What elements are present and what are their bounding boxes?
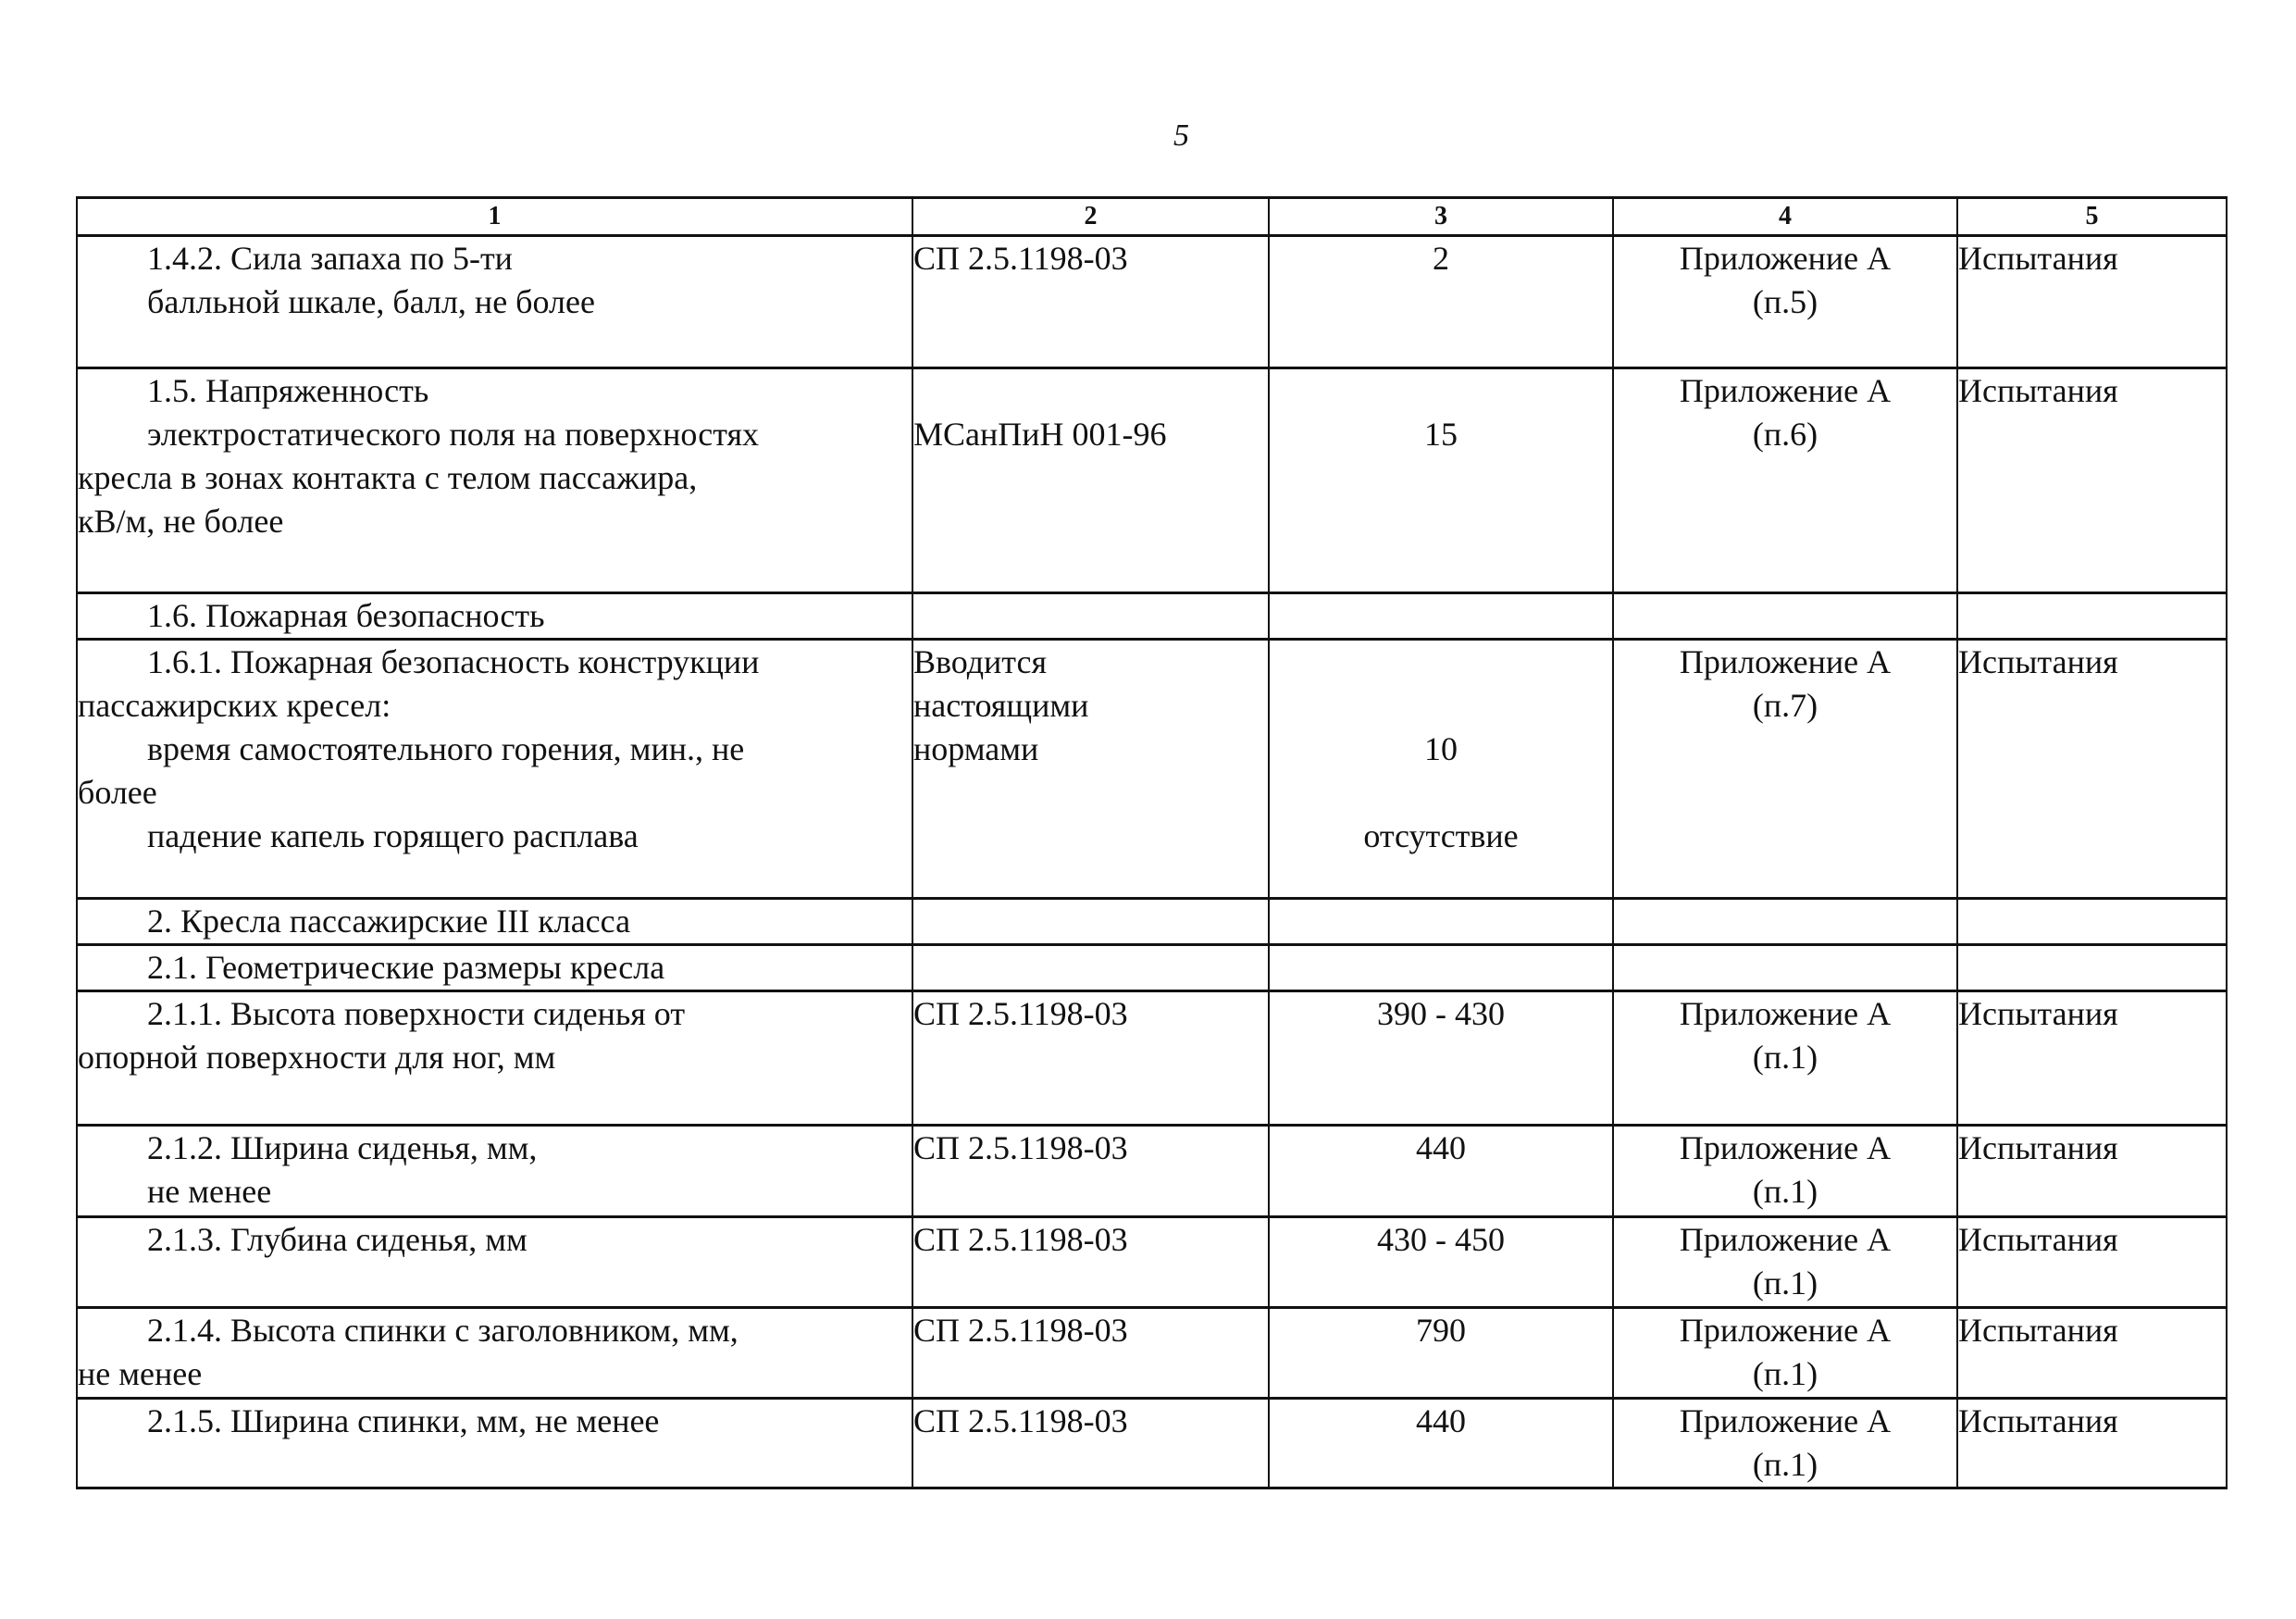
column-header: 4 [1613,198,1957,236]
column-header: 1 [77,198,912,236]
norm-document-cell-line: МСанПиН 001-96 [913,413,1268,456]
test-method-cell-line: (п.1) [1614,1170,1956,1214]
control-type-cell: Испытания [1957,1308,2227,1399]
requirement-name-line: не менее [78,1352,912,1396]
requirement-name-line: 1.6.1. Пожарная безопасность конструкции [78,641,912,684]
control-type-cell: Испытания [1957,236,2227,368]
norm-document-cell [912,899,1269,945]
requirement-name-line: 2.1.2. Ширина сиденья, мм, [78,1127,912,1170]
norm-document-cell: СП 2.5.1198-03 [912,1308,1269,1399]
norm-document-cell: Вводитсянастоящиминормами [912,640,1269,899]
norm-document-cell-line: СП 2.5.1198-03 [913,237,1268,280]
test-method-cell-line: Приложение А [1614,1309,1956,1352]
norm-value-cell-line: 440 [1270,1127,1612,1170]
test-method-cell-line: Приложение А [1614,1218,1956,1262]
test-method-cell-line: (п.1) [1614,1352,1956,1396]
requirement-name-line: 2.1.5. Ширина спинки, мм, не менее [78,1400,912,1443]
norm-document-cell: СП 2.5.1198-03 [912,1126,1269,1217]
norm-document-cell-line: Вводится [913,641,1268,684]
requirements-table: 1 2 3 4 5 1.4.2. Сила запаха по 5-тибалл… [76,196,2228,1489]
control-type-cell [1957,945,2227,991]
norm-value-cell: 2 [1269,236,1613,368]
norm-document-cell-line: СП 2.5.1198-03 [913,1400,1268,1443]
norm-value-cell [1269,945,1613,991]
test-method-cell: Приложение А(п.7) [1613,640,1957,899]
control-type-cell: Испытания [1957,1217,2227,1308]
requirement-name-line: 2.1.4. Высота спинки с заголовником, мм, [78,1309,912,1352]
requirement-name-line: время самостоятельного горения, мин., не [78,728,912,771]
page-number: 5 [1173,118,1189,154]
norm-value-cell: 430 - 450 [1269,1217,1613,1308]
test-method-cell: Приложение А(п.1) [1613,1217,1957,1308]
table-row: 1.6. Пожарная безопасность [77,593,2227,640]
requirement-name-line: 1.5. Напряженность [78,369,912,413]
test-method-cell [1613,945,1957,991]
test-method-cell: Приложение А(п.1) [1613,1126,1957,1217]
requirement-name-cell: 2.1.2. Ширина сиденья, мм,не менее [77,1126,912,1217]
requirement-name-cell: 2. Кресла пассажирские III класса [77,899,912,945]
norm-document-cell-line: СП 2.5.1198-03 [913,1218,1268,1262]
control-type-cell: Испытания [1957,1126,2227,1217]
test-method-cell-line: Приложение А [1614,992,1956,1036]
norm-value-cell-line: 2 [1270,237,1612,280]
table-body: 1.4.2. Сила запаха по 5-тибалльной шкале… [77,236,2227,1488]
norm-value-cell-line [1270,684,1612,728]
requirement-name-cell: 2.1.1. Высота поверхности сиденья отопор… [77,991,912,1126]
control-type-cell: Испытания [1957,640,2227,899]
control-type-cell: Испытания [1957,1399,2227,1488]
requirement-name-cell: 2.1.4. Высота спинки с заголовником, мм,… [77,1308,912,1399]
requirement-name-cell: 1.4.2. Сила запаха по 5-тибалльной шкале… [77,236,912,368]
requirement-name-cell: 2.1. Геометрические размеры кресла [77,945,912,991]
table-row: 2.1.3. Глубина сиденья, ммСП 2.5.1198-03… [77,1217,2227,1308]
requirement-name-line: 2. Кресла пассажирские III класса [78,900,912,943]
requirement-name-line: не менее [78,1170,912,1214]
norm-document-cell-line: СП 2.5.1198-03 [913,1309,1268,1352]
requirement-name-cell: 1.5. Напряженностьэлектростатического по… [77,368,912,593]
table-row: 2.1.5. Ширина спинки, мм, не менееСП 2.5… [77,1399,2227,1488]
test-method-cell-line: Приложение А [1614,369,1956,413]
test-method-cell-line: (п.6) [1614,413,1956,456]
test-method-cell: Приложение А(п.1) [1613,991,1957,1126]
norm-value-cell-line: 790 [1270,1309,1612,1352]
norm-value-cell-line: 15 [1270,413,1612,456]
test-method-cell-line: (п.1) [1614,1036,1956,1079]
test-method-cell-line: Приложение А [1614,641,1956,684]
table-header-row: 1 2 3 4 5 [77,198,2227,236]
norm-document-cell [912,593,1269,640]
table-row: 2. Кресла пассажирские III класса [77,899,2227,945]
norm-document-cell-line: настоящими [913,684,1268,728]
control-type-cell: Испытания [1957,368,2227,593]
requirement-name-line: падение капель горящего расплава [78,815,912,858]
test-method-cell: Приложение А(п.1) [1613,1399,1957,1488]
norm-value-cell: 440 [1269,1399,1613,1488]
requirement-name-line: опорной поверхности для ног, мм [78,1036,912,1079]
requirement-name-line: 1.4.2. Сила запаха по 5-ти [78,237,912,280]
norm-document-cell-line: СП 2.5.1198-03 [913,992,1268,1036]
requirement-name-line: 1.6. Пожарная безопасность [78,594,912,638]
norm-value-cell-line: 430 - 450 [1270,1218,1612,1262]
table-row: 2.1.1. Высота поверхности сиденья отопор… [77,991,2227,1126]
test-method-cell-line: (п.1) [1614,1262,1956,1305]
norm-value-cell-line: 10 [1270,728,1612,771]
test-method-cell: Приложение А(п.1) [1613,1308,1957,1399]
norm-document-cell-line [913,369,1268,413]
norm-document-cell: СП 2.5.1198-03 [912,991,1269,1126]
test-method-cell-line: (п.7) [1614,684,1956,728]
requirement-name-line: электростатического поля на поверхностях [78,413,912,456]
requirement-name-line: кВ/м, не более [78,500,912,543]
norm-document-cell: СП 2.5.1198-03 [912,236,1269,368]
norm-value-cell-line: отсутствие [1270,815,1612,858]
test-method-cell-line: (п.1) [1614,1443,1956,1487]
norm-value-cell [1269,593,1613,640]
requirement-name-line: балльной шкале, балл, не более [78,280,912,324]
norm-value-cell [1269,899,1613,945]
norm-value-cell-line [1270,771,1612,815]
test-method-cell [1613,593,1957,640]
table-row: 2.1.2. Ширина сиденья, мм,не менееСП 2.5… [77,1126,2227,1217]
norm-document-cell: МСанПиН 001-96 [912,368,1269,593]
norm-value-cell-line: 390 - 430 [1270,992,1612,1036]
requirement-name-line: кресла в зонах контакта с телом пассажир… [78,456,912,500]
norm-document-cell [912,945,1269,991]
test-method-cell: Приложение А(п.6) [1613,368,1957,593]
control-type-cell [1957,593,2227,640]
column-header: 3 [1269,198,1613,236]
table-row: 1.4.2. Сила запаха по 5-тибалльной шкале… [77,236,2227,368]
column-header: 5 [1957,198,2227,236]
norm-value-cell: 15 [1269,368,1613,593]
norm-document-cell: СП 2.5.1198-03 [912,1217,1269,1308]
test-method-cell [1613,899,1957,945]
test-method-cell-line: (п.5) [1614,280,1956,324]
requirement-name-cell: 1.6.1. Пожарная безопасность конструкции… [77,640,912,899]
table-row: 2.1. Геометрические размеры кресла [77,945,2227,991]
norm-document-cell-line: СП 2.5.1198-03 [913,1127,1268,1170]
norm-value-cell: 10отсутствие [1269,640,1613,899]
requirement-name-line: 2.1. Геометрические размеры кресла [78,946,912,990]
test-method-cell: Приложение А(п.5) [1613,236,1957,368]
test-method-cell-line: Приложение А [1614,1400,1956,1443]
column-header: 2 [912,198,1269,236]
norm-value-cell: 390 - 430 [1269,991,1613,1126]
requirement-name-line: пассажирских кресел: [78,684,912,728]
requirement-name-cell: 2.1.3. Глубина сиденья, мм [77,1217,912,1308]
control-type-cell [1957,899,2227,945]
table-row: 2.1.4. Высота спинки с заголовником, мм,… [77,1308,2227,1399]
requirement-name-line: более [78,771,912,815]
control-type-cell: Испытания [1957,991,2227,1126]
norm-value-cell: 440 [1269,1126,1613,1217]
test-method-cell-line: Приложение А [1614,1127,1956,1170]
table-row: 1.5. Напряженностьэлектростатического по… [77,368,2227,593]
table-row: 1.6.1. Пожарная безопасность конструкции… [77,640,2227,899]
test-method-cell-line: Приложение А [1614,237,1956,280]
norm-value-cell-line [1270,641,1612,684]
norm-value-cell-line: 440 [1270,1400,1612,1443]
requirement-name-line: 2.1.3. Глубина сиденья, мм [78,1218,912,1262]
requirement-name-line: 2.1.1. Высота поверхности сиденья от [78,992,912,1036]
norm-value-cell-line [1270,369,1612,413]
norm-value-cell: 790 [1269,1308,1613,1399]
norm-document-cell-line: нормами [913,728,1268,771]
requirement-name-cell: 2.1.5. Ширина спинки, мм, не менее [77,1399,912,1488]
norm-document-cell: СП 2.5.1198-03 [912,1399,1269,1488]
requirement-name-cell: 1.6. Пожарная безопасность [77,593,912,640]
